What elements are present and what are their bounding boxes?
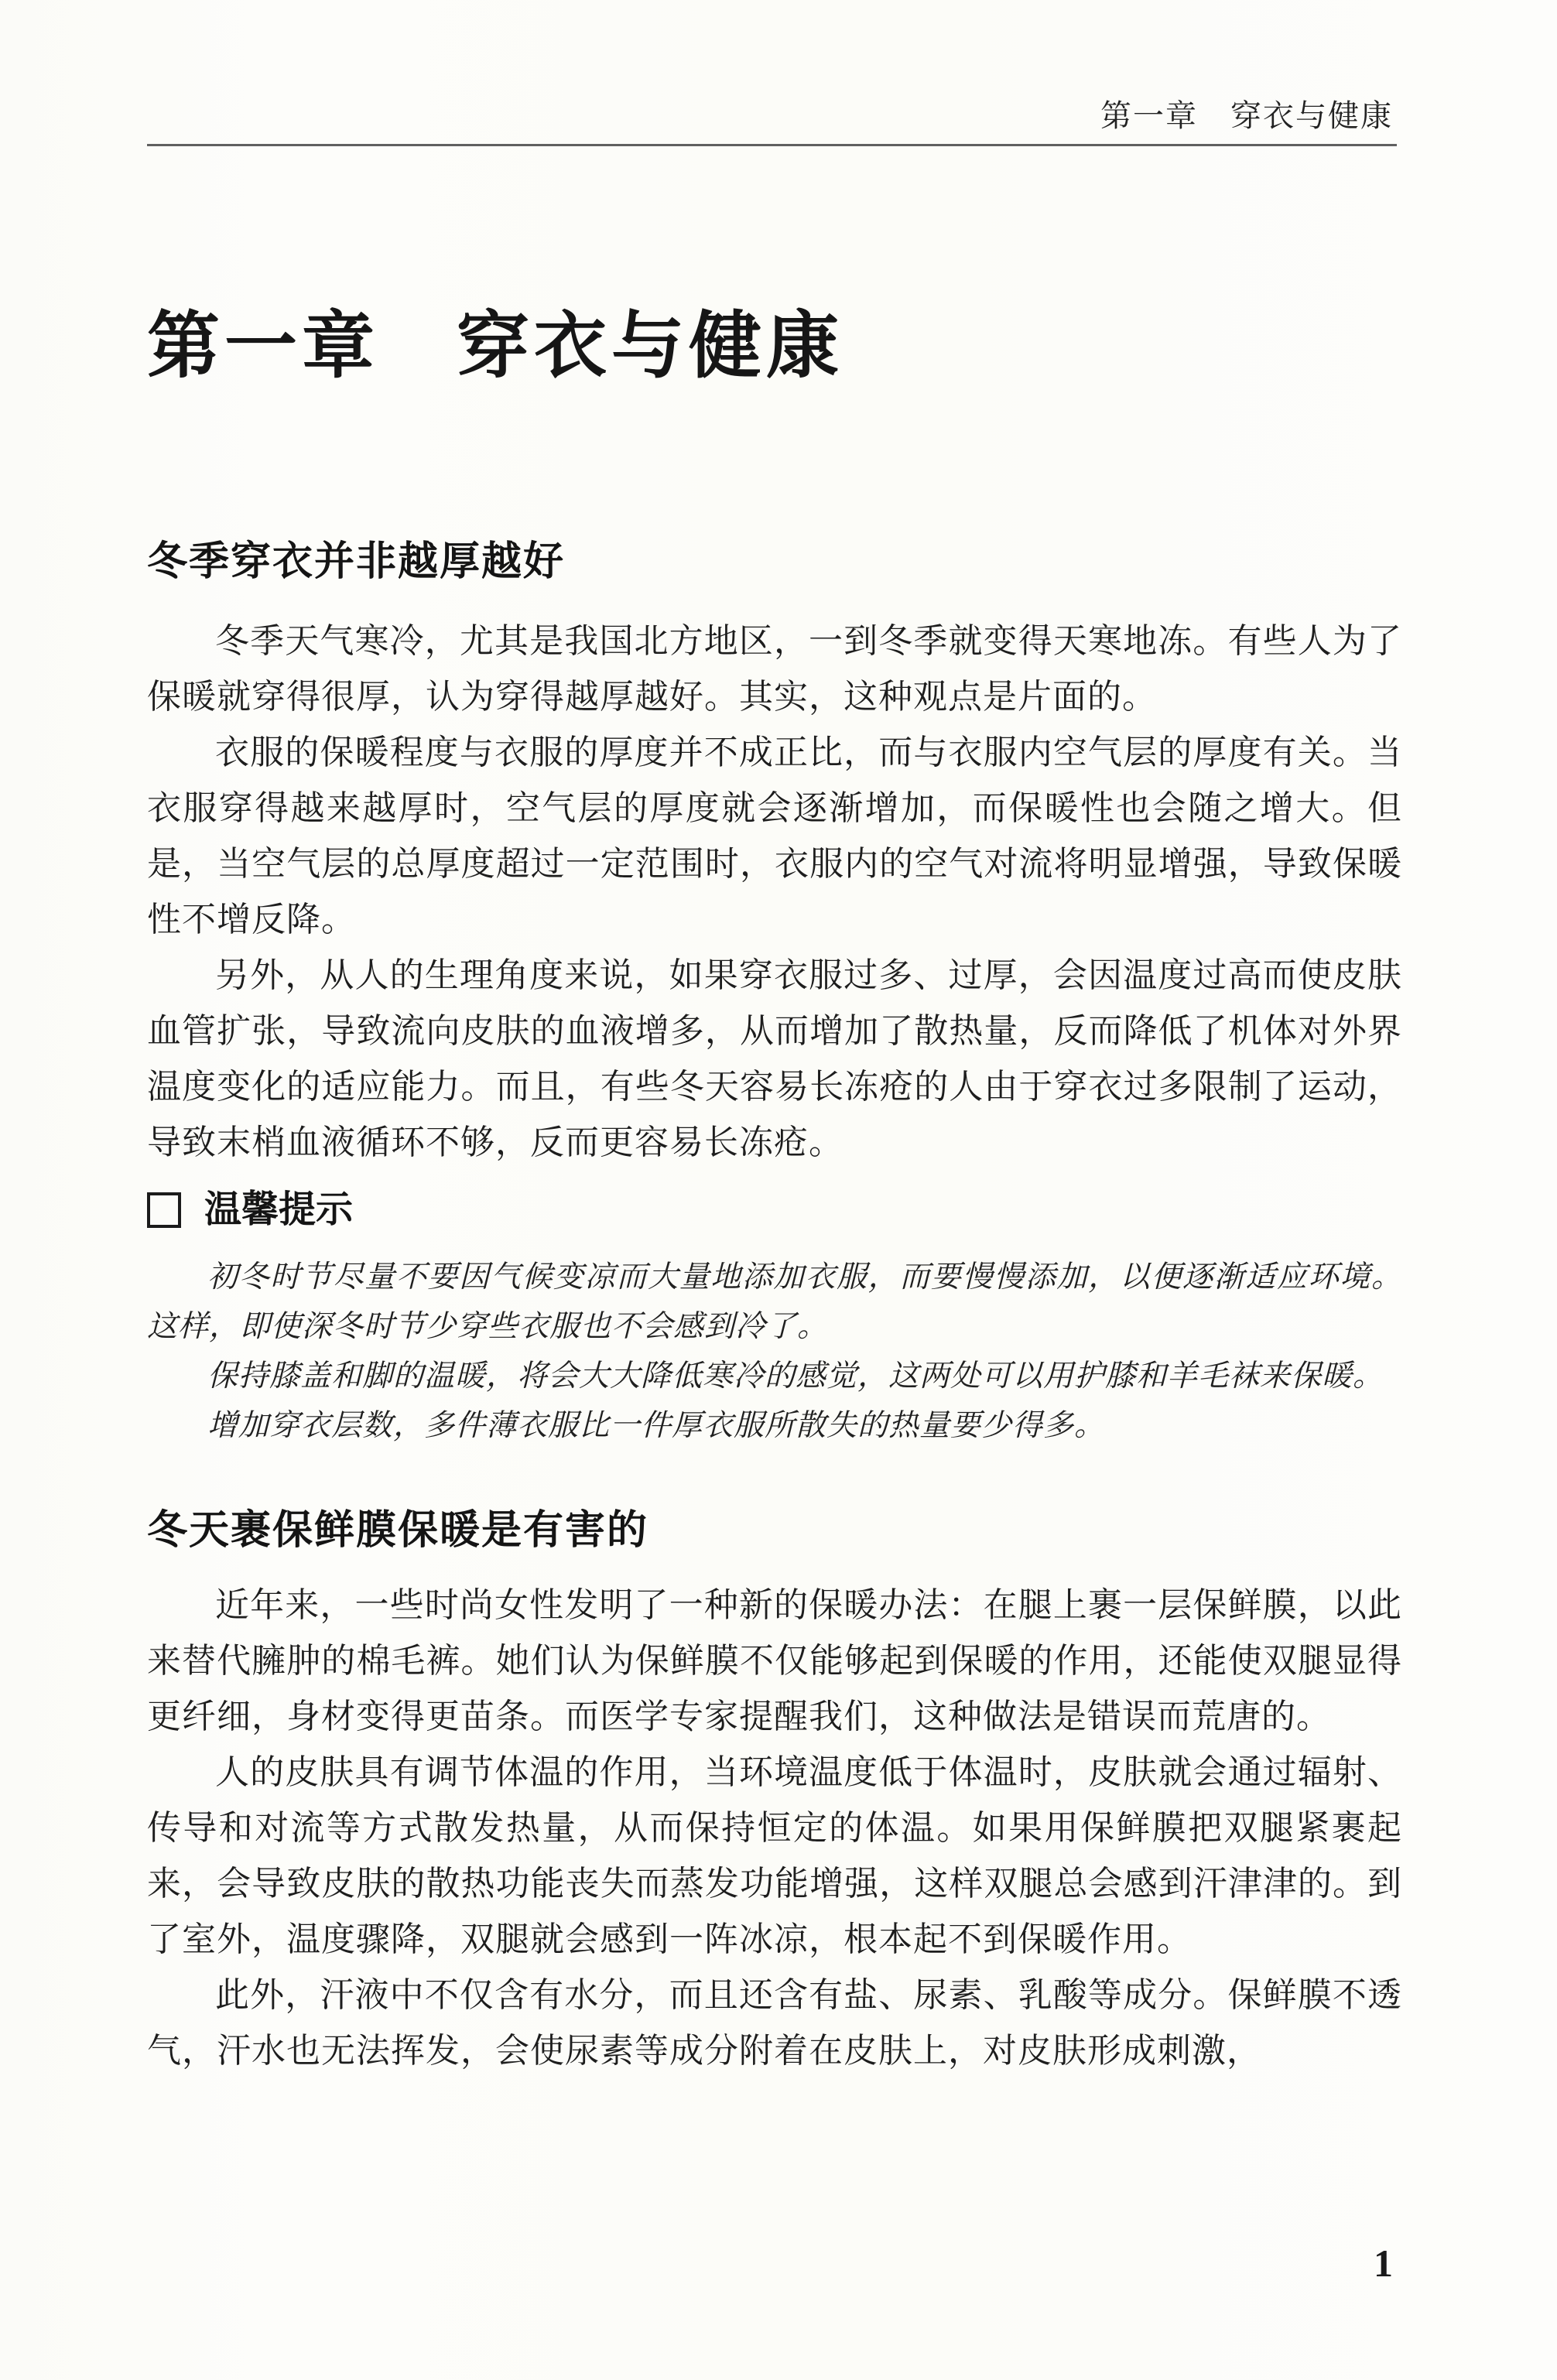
tip-heading-label: 温馨提示 [204, 1188, 353, 1233]
section-heading-plastic-wrap: 冬天裹保鲜膜保暖是有害的 [147, 1506, 1402, 1554]
paragraph: 另外，从人的生理角度来说，如果穿衣服过多、过厚，会因温度过高而使皮肤血管扩张，导… [147, 948, 1402, 1171]
square-outline-icon [147, 1192, 181, 1228]
section-plastic-wrap: 冬天裹保鲜膜保暖是有害的 近年来，一些时尚女性发明了一种新的保暖办法：在腿上裹一… [147, 1506, 1402, 2079]
chapter-title: 第一章 穿衣与健康 [147, 303, 1402, 388]
tip-heading: 温馨提示 [147, 1188, 1402, 1233]
tip-paragraph: 初冬时节尽量不要因气候变凉而大量地添加衣服，而要慢慢添加，以便逐渐适应环境。这样… [147, 1253, 1402, 1352]
paragraph: 人的皮肤具有调节体温的作用，当环境温度低于体温时，皮肤就会通过辐射、传导和对流等… [147, 1745, 1402, 1968]
tip-box: 温馨提示 初冬时节尽量不要因气候变凉而大量地添加衣服，而要慢慢添加，以便逐渐适应… [147, 1188, 1402, 1451]
paragraph: 冬季天气寒冷，尤其是我国北方地区，一到冬季就变得天寒地冻。有些人为了保暖就穿得很… [147, 614, 1402, 725]
paragraph: 衣服的保暖程度与衣服的厚度并不成正比，而与衣服内空气层的厚度有关。当衣服穿得越来… [147, 725, 1402, 948]
page-number: 1 [1374, 2242, 1393, 2284]
tip-paragraph: 增加穿衣层数，多件薄衣服比一件厚衣服所散失的热量要少得多。 [147, 1401, 1402, 1451]
tip-paragraph: 保持膝盖和脚的温暖，将会大大降低寒冷的感觉，这两处可以用护膝和羊毛袜来保暖。 [147, 1352, 1402, 1401]
page-content: 第一章 穿衣与健康 冬季穿衣并非越厚越好 冬季天气寒冷，尤其是我国北方地区，一到… [147, 0, 1402, 2079]
section-winter-clothing: 冬季穿衣并非越厚越好 冬季天气寒冷，尤其是我国北方地区，一到冬季就变得天寒地冻。… [147, 538, 1402, 1171]
book-page: 第一章 穿衣与健康 第一章 穿衣与健康 冬季穿衣并非越厚越好 冬季天气寒冷，尤其… [0, 0, 1557, 2380]
section-heading-winter-clothing: 冬季穿衣并非越厚越好 [147, 538, 1402, 586]
paragraph: 近年来，一些时尚女性发明了一种新的保暖办法：在腿上裹一层保鲜膜，以此来替代臃肿的… [147, 1578, 1402, 1745]
paragraph: 此外，汗液中不仅含有水分，而且还含有盐、尿素、乳酸等成分。保鲜膜不透气，汗水也无… [147, 1968, 1402, 2079]
